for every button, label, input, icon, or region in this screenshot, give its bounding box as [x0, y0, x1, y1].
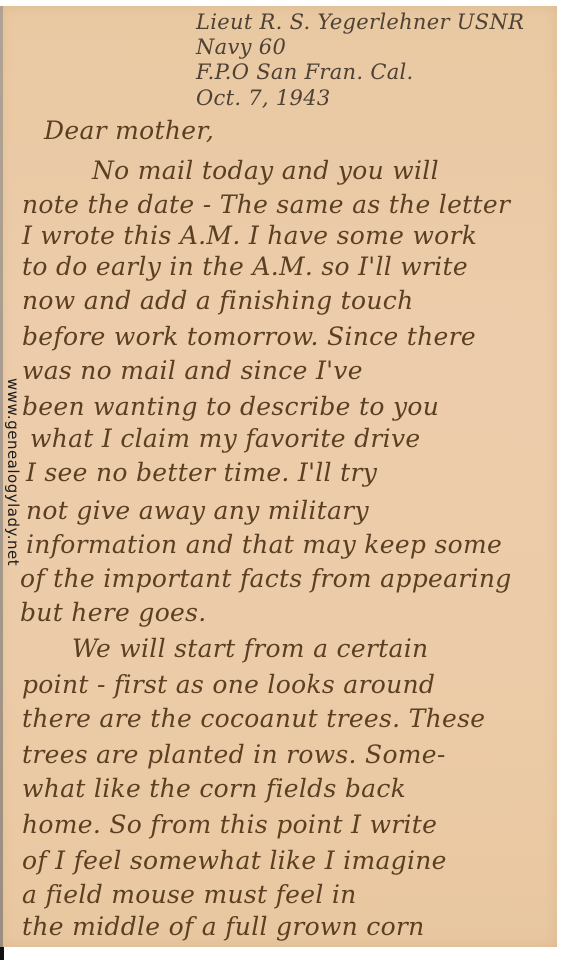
body-line: was no mail and since I've [22, 356, 363, 385]
body-line: not give away any military [26, 496, 369, 525]
body-line: note the date - The same as the letter [22, 190, 510, 219]
watermark: www.genealogylady.net [4, 378, 22, 608]
letter-date: Oct. 7, 1943 [196, 86, 331, 110]
body-line: now and add a finishing touch [22, 286, 414, 315]
body-line: of I feel somewhat like I imagine [22, 846, 447, 875]
body-line: home. So from this point I write [22, 810, 437, 839]
body-line: point - first as one looks around [22, 670, 435, 699]
body-line: We will start from a certain [72, 634, 428, 663]
body-line: information and that may keep some [26, 530, 502, 559]
sender-unit: Navy 60 [196, 35, 286, 59]
body-line: there are the cocoanut trees. These [22, 704, 485, 733]
body-line: what like the corn fields back [22, 774, 406, 803]
body-line: I wrote this A.M. I have some work [22, 221, 477, 250]
body-line: the middle of a full grown corn [22, 912, 425, 941]
body-line: what I claim my favorite drive [30, 424, 420, 453]
letter-page: Lieut R. S. Yegerlehner USNR Navy 60 F.P… [0, 6, 557, 947]
body-line: trees are planted in rows. Some- [22, 740, 446, 769]
body-line: a field mouse must feel in [22, 880, 357, 909]
body-line: to do early in the A.M. so I'll write [22, 252, 468, 281]
sender-address: F.P.O San Fran. Cal. [196, 60, 414, 84]
body-line: been wanting to describe to you [22, 392, 439, 421]
body-line: No mail today and you will [92, 156, 439, 185]
body-line: but here goes. [20, 598, 207, 627]
body-line: of the important facts from appearing [20, 564, 512, 593]
body-line: I see no better time. I'll try [26, 458, 377, 487]
scan-edge [0, 947, 4, 960]
body-line: before work tomorrow. Since there [22, 322, 476, 351]
salutation: Dear mother, [44, 116, 214, 145]
sender-name: Lieut R. S. Yegerlehner USNR [196, 10, 524, 34]
